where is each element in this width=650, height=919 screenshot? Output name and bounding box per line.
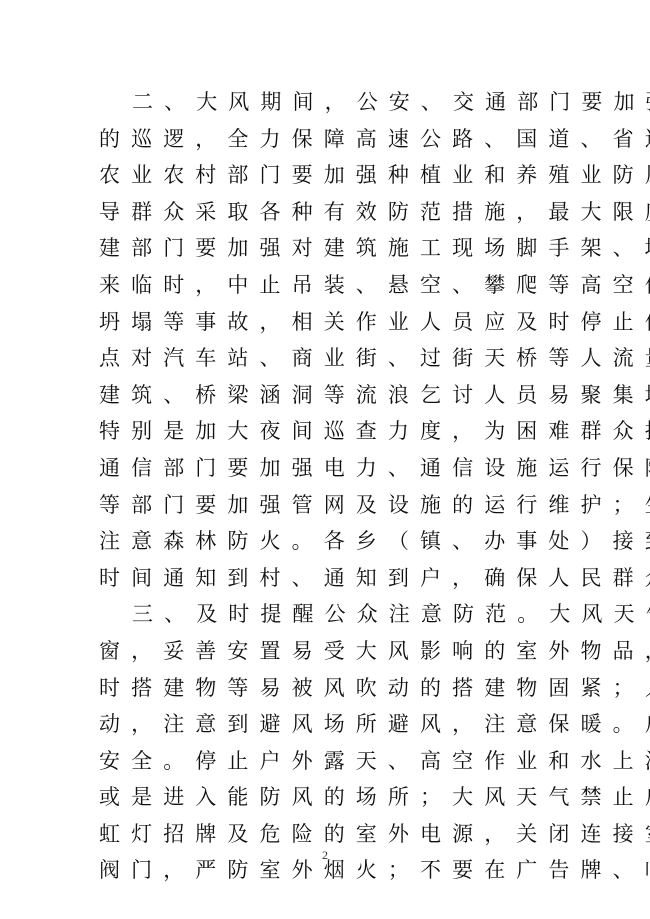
text-line: 或是进入能防风的场所；大风天气禁止户外用火，应切断霓 — [99, 779, 561, 816]
text-line: 时间通知到村、通知到户，确保人民群众生命财产安全。 — [99, 560, 561, 597]
text-line: 的巡逻，全力保障高速公路、国道、省道、铁路的安全畅通； — [99, 121, 561, 158]
text-line: 建部门要加强对建筑施工现场脚手架、塔吊安全管理，大风 — [99, 230, 561, 267]
document-body: 二、大风期间，公安、交通部门要加强对事故易发路段 的巡逻，全力保障高速公路、国道… — [99, 84, 561, 889]
text-line: 来临时，中止吊装、悬空、攀爬等高空作业，严防发生坠落、 — [99, 267, 561, 304]
text-line: 通信部门要加强电力、通信设施运行保障；城乡供水、供气 — [99, 450, 561, 487]
text-line: 建筑、桥梁涵洞等流浪乞讨人员易聚集地点开展巡查救助， — [99, 377, 561, 414]
text-line: 窗，妥善安置易受大风影响的室外物品，将围板、棚架、临 — [99, 633, 561, 670]
text-line: 安全。停止户外露天、高空作业和水上活动，尽快进入室内， — [99, 743, 561, 780]
paragraph-section-three: 三、及时提醒公众注意防范。大风天气期间，应关好门 窗，妥善安置易受大风影响的室外… — [99, 596, 561, 889]
text-line: 注意森林防火。各乡（镇、办事处）接到预警信息后，第一 — [99, 523, 561, 560]
text-line: 特别是加大夜间巡查力度，为困难群众提供救助服务；电力、 — [99, 413, 561, 450]
text-line: 二、大风期间，公安、交通部门要加强对事故易发路段 — [99, 84, 561, 121]
text-line: 坍塌等事故，相关作业人员应及时停止作业；民政部门要重 — [99, 304, 561, 341]
paragraph-section-two: 二、大风期间，公安、交通部门要加强对事故易发路段 的巡逻，全力保障高速公路、国道… — [99, 84, 561, 596]
page-number: 2 — [0, 848, 650, 863]
text-line: 导群众采取各种有效防范措施，最大限度避免灾害损失；住 — [99, 194, 561, 231]
text-line: 三、及时提醒公众注意防范。大风天气期间，应关好门 — [99, 596, 561, 633]
text-line: 动，注意到避风场所避风，注意保暖。户外作业人员要注意 — [99, 706, 561, 743]
text-line: 时搭建物等易被风吹动的搭建物固紧；人员尽量减少户外活 — [99, 670, 561, 707]
text-line: 虹灯招牌及危险的室外电源，关闭连接室外的煤气、天然气 — [99, 816, 561, 853]
text-line: 等部门要加强管网及设施的运行维护；生态林业等有关部门 — [99, 487, 561, 524]
text-line: 点对汽车站、商业街、过街天桥等人流量密集地点以及废弃 — [99, 340, 561, 377]
text-line: 农业农村部门要加强种植业和养殖业防风措施指导，及时指 — [99, 157, 561, 194]
document-page: 二、大风期间，公安、交通部门要加强对事故易发路段 的巡逻，全力保障高速公路、国道… — [0, 0, 650, 919]
